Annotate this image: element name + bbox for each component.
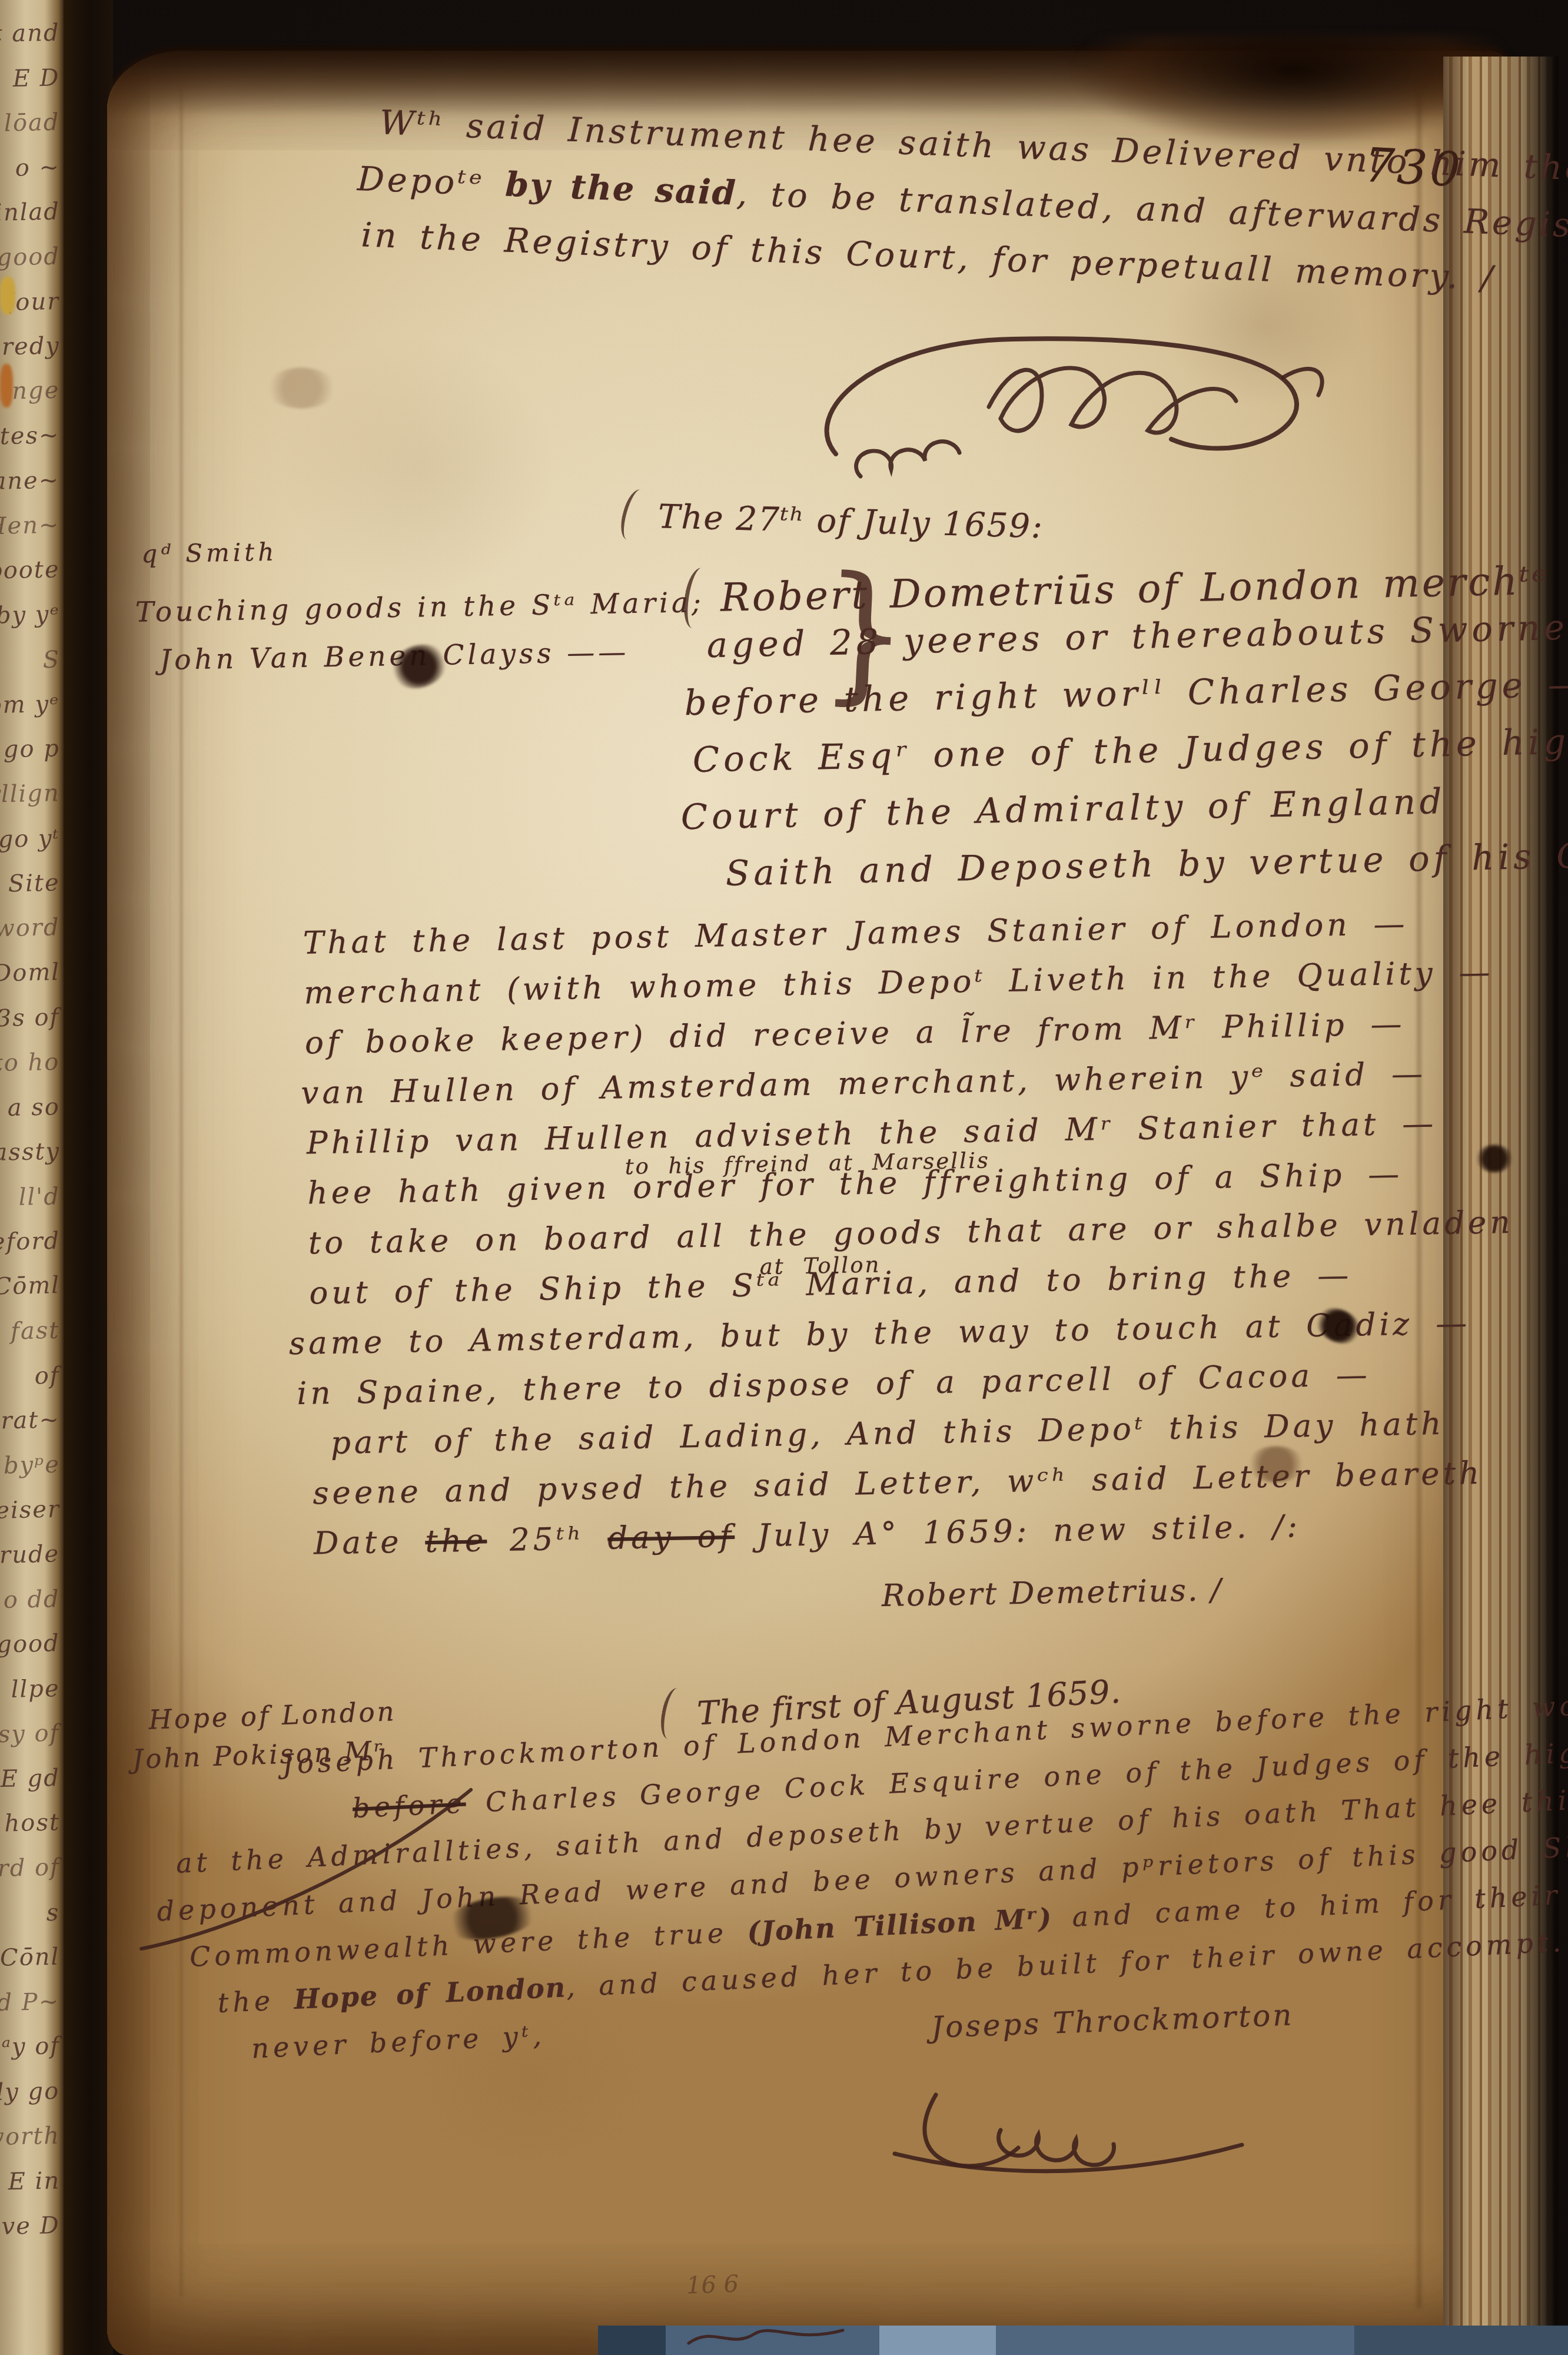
edge-text-fragment: 3s of bbox=[0, 1004, 64, 1050]
edge-text-fragment: worth bbox=[0, 2122, 64, 2169]
ink-smudge bbox=[1248, 1446, 1304, 1482]
entry2-deposition-body: Joseph Throckmorton of London Merchant s… bbox=[150, 1691, 1553, 2084]
examiner-flourish bbox=[765, 304, 1354, 486]
edge-text-fragment: 0 by yᵉ bbox=[0, 601, 64, 647]
edge-text-fragment: at and bbox=[0, 19, 64, 65]
facing-page-edge: at andE De lōado ~e inladr good(ourin re… bbox=[0, 0, 64, 2355]
edge-text-fragment: e lōad bbox=[0, 109, 64, 155]
orange-edge-mark bbox=[0, 364, 13, 407]
edge-text-fragment: e inlad bbox=[0, 198, 64, 244]
entry1-preamble: Robert Dometriūs of London merchᵗᵉaged 2… bbox=[684, 550, 1539, 911]
edge-text-fragment: Dorllign bbox=[0, 780, 64, 827]
paper-stain bbox=[266, 367, 337, 409]
edge-text-fragment: e Cōnl bbox=[0, 1943, 64, 1989]
interlinear-insert-tollon: at Tollon bbox=[759, 1252, 881, 1280]
edge-text-fragment: llpe bbox=[11, 1675, 64, 1721]
edge-text-fragment: 13 dᵃy of bbox=[0, 2032, 64, 2079]
edge-text-fragment: e poote bbox=[0, 556, 64, 603]
edge-text-fragment: om yᵉ bbox=[0, 691, 64, 737]
signature-flourish bbox=[824, 2036, 1354, 2189]
edge-text-fragment: Motes~ bbox=[0, 422, 64, 469]
edge-text-fragment: s bbox=[46, 1899, 64, 1945]
edge-text-fragment: ll'd bbox=[18, 1183, 64, 1229]
edge-text-fragment: of bbox=[34, 1362, 64, 1407]
edge-text-fragment: iane~ bbox=[0, 467, 64, 513]
edge-text-fragment: lassty bbox=[0, 1138, 64, 1185]
edge-text-fragment: ily go bbox=[0, 2078, 64, 2124]
faint-bottom-mark: 16 6 bbox=[686, 2270, 739, 2299]
edge-text-fragment: to host bbox=[0, 1809, 64, 1855]
edge-text-fragment: hr good bbox=[0, 1630, 64, 1677]
edge-text-fragment: e rude bbox=[0, 1540, 64, 1587]
edge-text-fragment: ste Cōml bbox=[0, 1272, 64, 1319]
edge-text-fragment: sy of bbox=[0, 1720, 64, 1766]
edge-text-fragment: S bbox=[42, 646, 64, 692]
entry1-deposition-body: to his ffreind at Marsellis at Tollon Th… bbox=[265, 904, 1536, 1576]
edge-text-fragment: E gd bbox=[0, 1764, 64, 1810]
manuscript-photograph: at andE De lōado ~e inladr good(ourin re… bbox=[0, 0, 1568, 2355]
edge-text-fragment: o ~ bbox=[15, 154, 64, 200]
edge-text-fragment: M rat~ bbox=[0, 1406, 64, 1452]
edge-text-fragment: beiser bbox=[0, 1496, 64, 1543]
edge-text-fragment: E in bbox=[8, 2167, 64, 2213]
edge-text-fragment: o dd bbox=[3, 1586, 64, 1631]
edge-text-fragment: Hen~ bbox=[0, 512, 64, 558]
edge-text-fragment: ve D bbox=[1, 2212, 64, 2258]
ink-blot bbox=[1476, 1145, 1513, 1173]
edge-text-fragment: th Doml bbox=[0, 958, 64, 1006]
edge-text-fragment: E D bbox=[12, 64, 64, 110]
edge-text-fragment: ld Site bbox=[0, 869, 64, 916]
edge-text-fragment: to ho bbox=[0, 1049, 64, 1094]
edge-text-fragment: s byᵖe bbox=[0, 1451, 64, 1498]
faint-bottom-squiggle bbox=[677, 2318, 853, 2354]
edge-text-fragment: reford bbox=[0, 1227, 64, 1273]
edge-text-fragment: e fast bbox=[0, 1317, 64, 1364]
page-gap-shadow bbox=[64, 0, 113, 2355]
edge-text-fragment: all go p bbox=[0, 735, 64, 782]
yellow-edge-mark bbox=[0, 277, 15, 314]
edge-text-fragment: a so bbox=[7, 1093, 64, 1139]
edge-text-fragment: go yᵗ bbox=[0, 825, 64, 871]
edge-text-fragment: in sword bbox=[0, 914, 64, 961]
edge-text-fragment: ard of bbox=[0, 1854, 64, 1900]
entry1-signature: Robert Demetrius. / bbox=[882, 1573, 1223, 1614]
edge-text-fragment: ld P~ bbox=[0, 1988, 64, 2035]
